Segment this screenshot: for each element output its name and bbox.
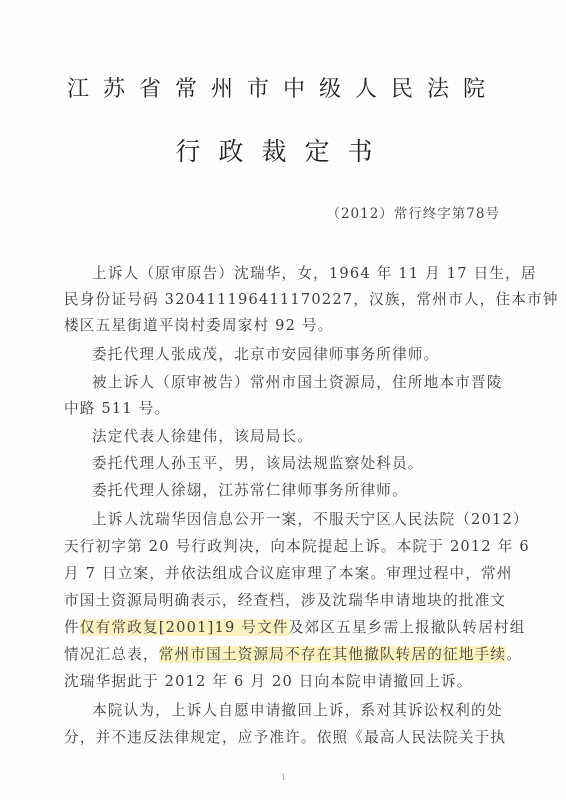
paragraph-case-line-7: 沈瑞华据此于 2012 年 6 月 20 日向本院申请撤回上诉。: [64, 670, 504, 691]
text-segment: 情况汇总表，: [64, 646, 159, 663]
paragraph-case-line-3: 月 7 日立案，并依法组成合议庭审理了本案。审理过程中，常州: [64, 562, 504, 583]
highlighted-text: 常州市国土资源局不存在其他撤队转居的征地手续: [159, 646, 506, 663]
paragraph-case-line-5: 件仅有常政复[2001]19 号文件及郊区五星乡需上报撤队转居村组: [64, 616, 504, 637]
text-segment: 。: [506, 646, 522, 663]
paragraph-appellant-line-2: 民身份证号码 320411196411170227，汉族，常州市人，住本市钟: [64, 288, 504, 309]
paragraph-case-line-6: 情况汇总表，常州市国土资源局不存在其他撤队转居的征地手续。: [64, 643, 504, 664]
paragraph-ruling-line-2: 分，并不违反法律规定，应予准许。依照《最高人民法院关于执: [64, 726, 504, 747]
paragraph-legal-rep: 法定代表人徐建伟，该局局长。: [92, 425, 504, 446]
text-segment: 件: [64, 619, 80, 636]
paragraph-appellee-line-2: 中路 511 号。: [64, 397, 504, 418]
paragraph-appellee-line-1: 被上诉人（原审被告）常州市国土资源局，住所地本市晋陵: [92, 371, 504, 392]
paragraph-case-line-4: 市国土资源局明确表示，经查档，涉及沈瑞华申请地块的批准文: [64, 589, 504, 610]
court-name: 江苏省常州市中级人民法院: [0, 72, 566, 103]
paragraph-ruling-line-1: 本院认为，上诉人自愿申请撤回上诉，系对其诉讼权利的处: [92, 699, 504, 720]
paragraph-appellant-line-3: 楼区五星街道平岗村委周家村 92 号。: [64, 314, 504, 335]
highlighted-text: 仅有常政复[2001]19 号文件: [80, 619, 289, 636]
paragraph-case-line-1: 上诉人沈瑞华因信息公开一案，不服天宁区人民法院（2012）: [92, 508, 504, 529]
paragraph-agent-2: 委托代理人孙玉平，男，该局法规监察处科员。: [92, 452, 504, 473]
paragraph-agent-1: 委托代理人张成茂，北京市安园律师事务所律师。: [92, 343, 504, 364]
document-title: 行政裁定书: [0, 132, 566, 168]
text-segment: 及郊区五星乡需上报撤队转居村组: [289, 619, 526, 636]
paragraph-agent-3: 委托代理人徐翃，江苏常仁律师事务所律师。: [92, 479, 504, 500]
paragraph-case-line-2: 天行初字第 20 号行政判决，向本院提起上诉。本院于 2012 年 6: [64, 535, 504, 556]
page-number: 1: [281, 773, 286, 782]
paragraph-appellant-line-1: 上诉人（原审原告）沈瑞华，女，1964 年 11 月 17 日生，居: [92, 262, 504, 283]
case-number: （2012）常行终字第78号: [326, 202, 500, 222]
document-page: 江苏省常州市中级人民法院 行政裁定书 （2012）常行终字第78号 上诉人（原审…: [0, 0, 566, 800]
